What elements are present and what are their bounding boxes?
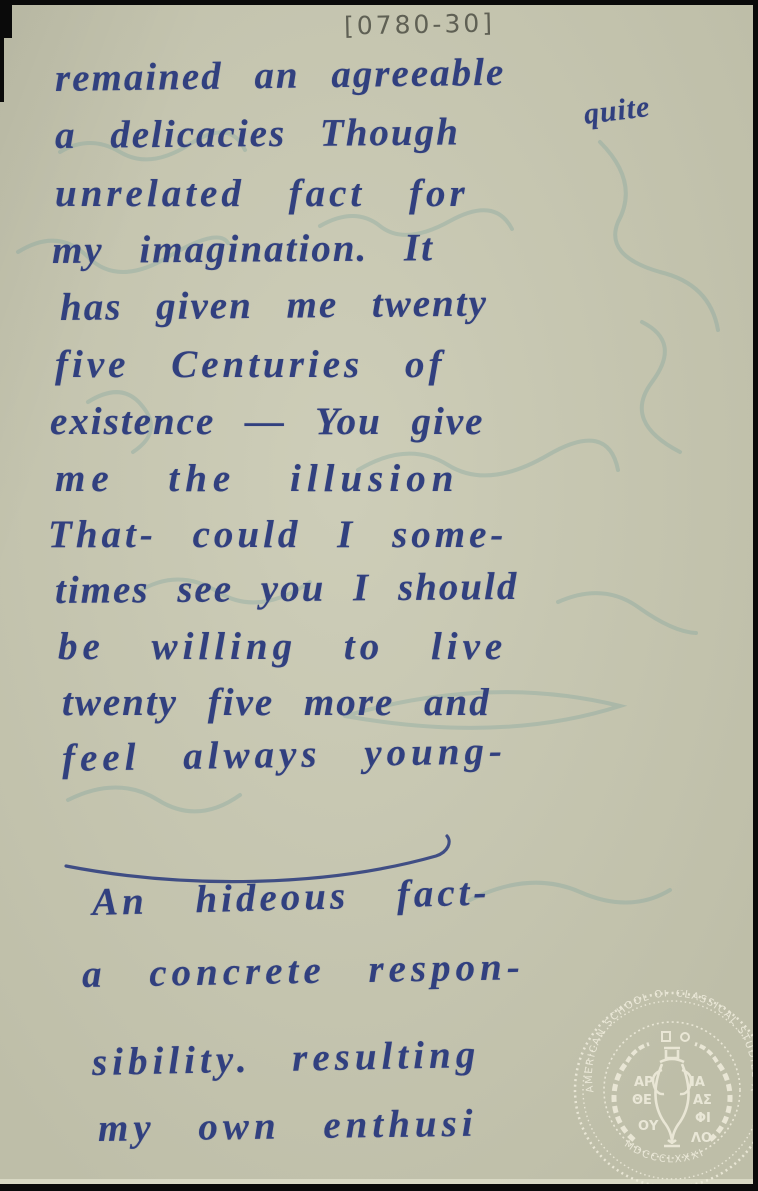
handwritten-line: feel always young- [62, 728, 508, 781]
embossed-seal: AMERICAN SCHOOL OF CLASSICAL STUDIES AT … [572, 990, 758, 1190]
handwritten-line: That- could I some- [48, 512, 507, 557]
handwritten-line: twenty five more and [62, 680, 491, 725]
handwritten-inserted-word: quite [582, 90, 652, 132]
handwritten-line: remained an agreeable [55, 50, 506, 101]
svg-text:ΦΙ: ΦΙ [695, 1111, 711, 1126]
handwritten-line: An hideous fact- [91, 870, 491, 925]
handwritten-line: has given me twenty [60, 281, 488, 330]
letter-page: remained an agreeable a delicacies Thoug… [0, 0, 758, 1191]
svg-text:ΘΕ: ΘΕ [632, 1093, 652, 1108]
handwritten-line: existence — You give [50, 399, 484, 444]
svg-text:ΟΥ: ΟΥ [638, 1119, 659, 1134]
handwritten-line: sibility. resulting [92, 1032, 481, 1085]
svg-text:ΙΑ: ΙΑ [690, 1075, 705, 1090]
scan-edge-top [0, 0, 758, 5]
handwritten-line: unrelated fact for [55, 171, 469, 216]
scan-edge-right [753, 0, 758, 1191]
svg-text:ΑΣ: ΑΣ [693, 1093, 712, 1108]
handwritten-line: five Centuries of [55, 342, 445, 387]
handwritten-line: me the illusion [55, 456, 459, 501]
svg-text:ΑΡ: ΑΡ [634, 1075, 654, 1090]
handwritten-line: be willing to live [58, 624, 507, 669]
amphora-icon [653, 1032, 691, 1146]
scan-corner-top-left [0, 0, 12, 38]
scan-edge-bottom [0, 1184, 758, 1191]
handwritten-line: a delicacies Though [55, 109, 460, 158]
handwritten-line: my own enthusi [98, 1101, 478, 1151]
handwritten-line: times see you I should [55, 564, 519, 613]
handwritten-line: a concrete respon- [82, 944, 526, 997]
handwritten-line: my imagination. It [52, 225, 434, 273]
archival-code: [0780-30] [344, 8, 496, 40]
svg-text:ΛΟ: ΛΟ [691, 1131, 712, 1146]
